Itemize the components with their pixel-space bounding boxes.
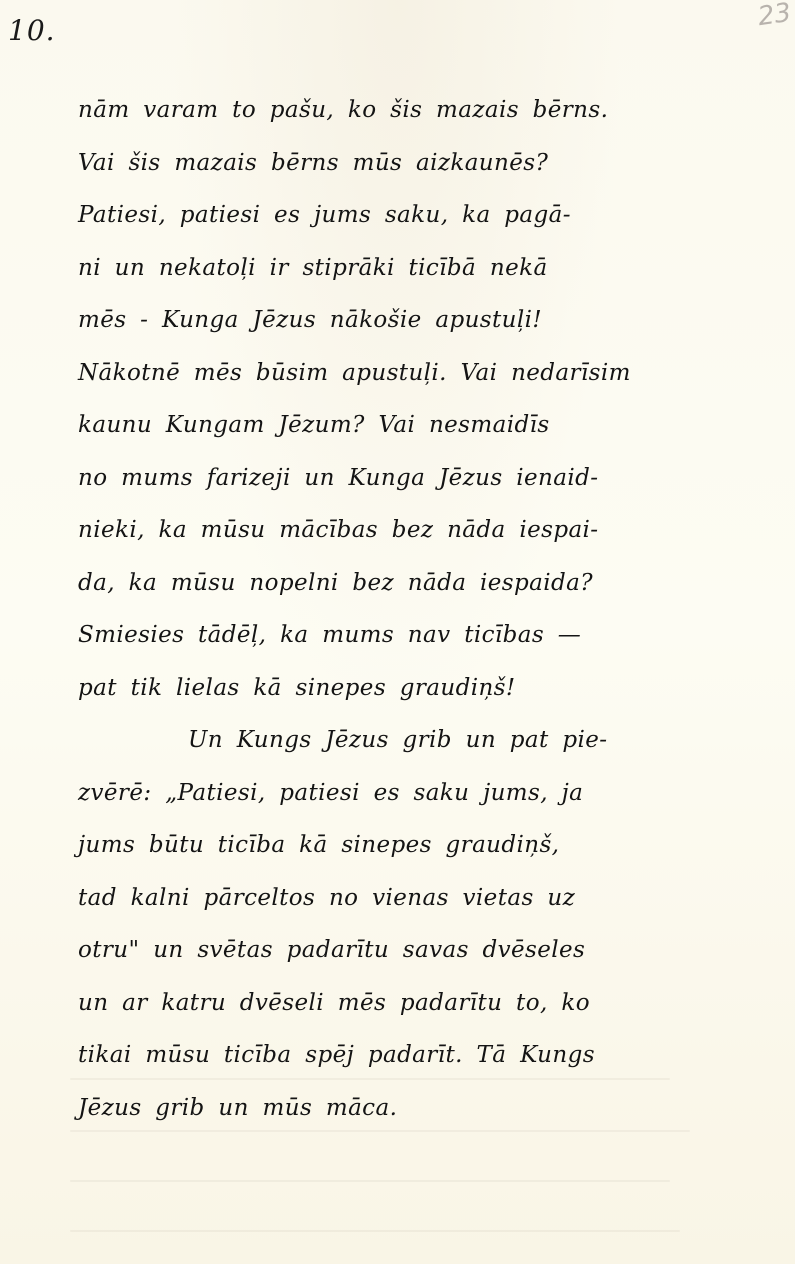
text-line: Nākotnē mēs būsim apustuļi. Vai nedarīsi… bbox=[78, 347, 718, 400]
handwritten-text: nām varam to pašu, ko šis mazais bērns. … bbox=[78, 84, 718, 1134]
text-line: Patiesi, patiesi es jums saku, ka pagā- bbox=[78, 189, 718, 242]
bleed-through-mark bbox=[70, 1230, 680, 1232]
bleed-through-mark bbox=[70, 1078, 670, 1080]
text-line: pat tik lielas kā sinepes graudiņš! bbox=[78, 662, 718, 715]
text-line: no mums farizeji un Kunga Jēzus ienaid- bbox=[78, 452, 718, 505]
bleed-through-mark bbox=[70, 1180, 670, 1182]
paragraph-start-line: Un Kungs Jēzus grib un pat pie- bbox=[78, 714, 718, 767]
text-line: zvērē: „Patiesi, patiesi es saku jums, j… bbox=[78, 767, 718, 820]
text-line: kaunu Kungam Jēzum? Vai nesmaidīs bbox=[78, 399, 718, 452]
text-line: jums būtu ticība kā sinepes graudiņš, bbox=[78, 819, 718, 872]
text-line: nām varam to pašu, ko šis mazais bērns. bbox=[78, 84, 718, 137]
bleed-through-mark bbox=[70, 1130, 690, 1132]
text-line: da, ka mūsu nopelni bez nāda iespaida? bbox=[78, 557, 718, 610]
archive-number: 23 bbox=[756, 0, 793, 32]
text-line: nieki, ka mūsu mācības bez nāda iespai- bbox=[78, 504, 718, 557]
manuscript-page: 10. 23 nām varam to pašu, ko šis mazais … bbox=[0, 0, 795, 1264]
text-line: Smiesies tādēļ, ka mums nav ticības — bbox=[78, 609, 718, 662]
text-line: mēs - Kunga Jēzus nākošie apustuļi! bbox=[78, 294, 718, 347]
text-line: un ar katru dvēseli mēs padarītu to, ko bbox=[78, 977, 718, 1030]
text-line: ni un nekatoļi ir stiprāki ticībā nekā bbox=[78, 242, 718, 295]
text-line: tad kalni pārceltos no vienas vietas uz bbox=[78, 872, 718, 925]
bleed-through-area bbox=[0, 1060, 795, 1264]
text-line: otru" un svētas padarītu savas dvēseles bbox=[78, 924, 718, 977]
text-line: Vai šis mazais bērns mūs aizkaunēs? bbox=[78, 137, 718, 190]
page-number: 10. bbox=[8, 14, 56, 47]
